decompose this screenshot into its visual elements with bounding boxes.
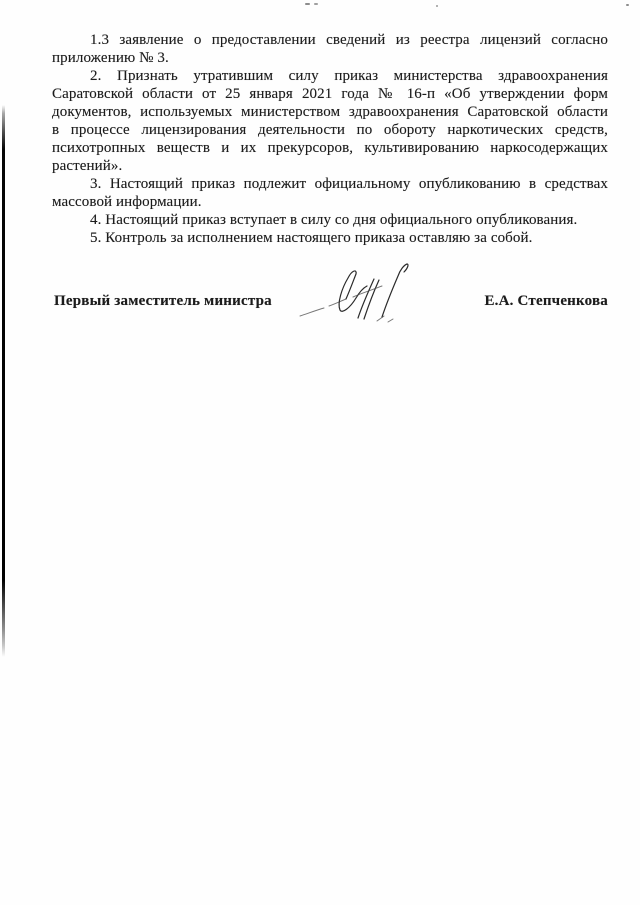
paragraph-1-3: 1.3 заявление о предоставлении сведений …: [52, 31, 608, 67]
scan-speck: [436, 5, 438, 7]
document-body: 1.3 заявление о предоставлении сведений …: [52, 31, 608, 247]
body-line: 3. Настоящий приказ подлежит официальном…: [52, 175, 608, 193]
body-line: 5. Контроль за исполнением настоящего пр…: [52, 229, 608, 247]
body-line: в процессе лицензирования деятельности п…: [52, 121, 608, 139]
handwritten-signature: [290, 255, 420, 330]
body-line: 1.3 заявление о предоставлении сведений …: [52, 31, 608, 49]
signatory-title: Первый заместитель министра: [54, 292, 272, 310]
paragraph-5: 5. Контроль за исполнением настоящего пр…: [52, 229, 608, 247]
body-line: растений».: [52, 157, 608, 175]
body-line: психотропных веществ и их прекурсоров, к…: [52, 139, 608, 157]
scan-speck: [626, 4, 629, 6]
body-line: 2. Признать утратившим силу приказ минис…: [52, 67, 608, 85]
body-line: документов, используемых министерством з…: [52, 103, 608, 121]
scan-speck: [314, 3, 318, 5]
paragraph-4: 4. Настоящий приказ вступает в силу со д…: [52, 211, 608, 229]
paragraph-2: 2. Признать утратившим силу приказ минис…: [52, 67, 608, 175]
scanned-document-page: 1.3 заявление о предоставлении сведений …: [0, 0, 640, 905]
scan-speck: [305, 3, 310, 5]
body-line: массовой информации.: [52, 193, 608, 211]
scan-edge-artifact: [2, 105, 5, 657]
signatory-name: Е.А. Степченкова: [484, 292, 608, 310]
body-line: 4. Настоящий приказ вступает в силу со д…: [52, 211, 608, 229]
paragraph-3: 3. Настоящий приказ подлежит официальном…: [52, 175, 608, 211]
body-line: приложению № 3.: [52, 49, 608, 67]
body-line: Саратовской области от 25 января 2021 го…: [52, 85, 608, 103]
